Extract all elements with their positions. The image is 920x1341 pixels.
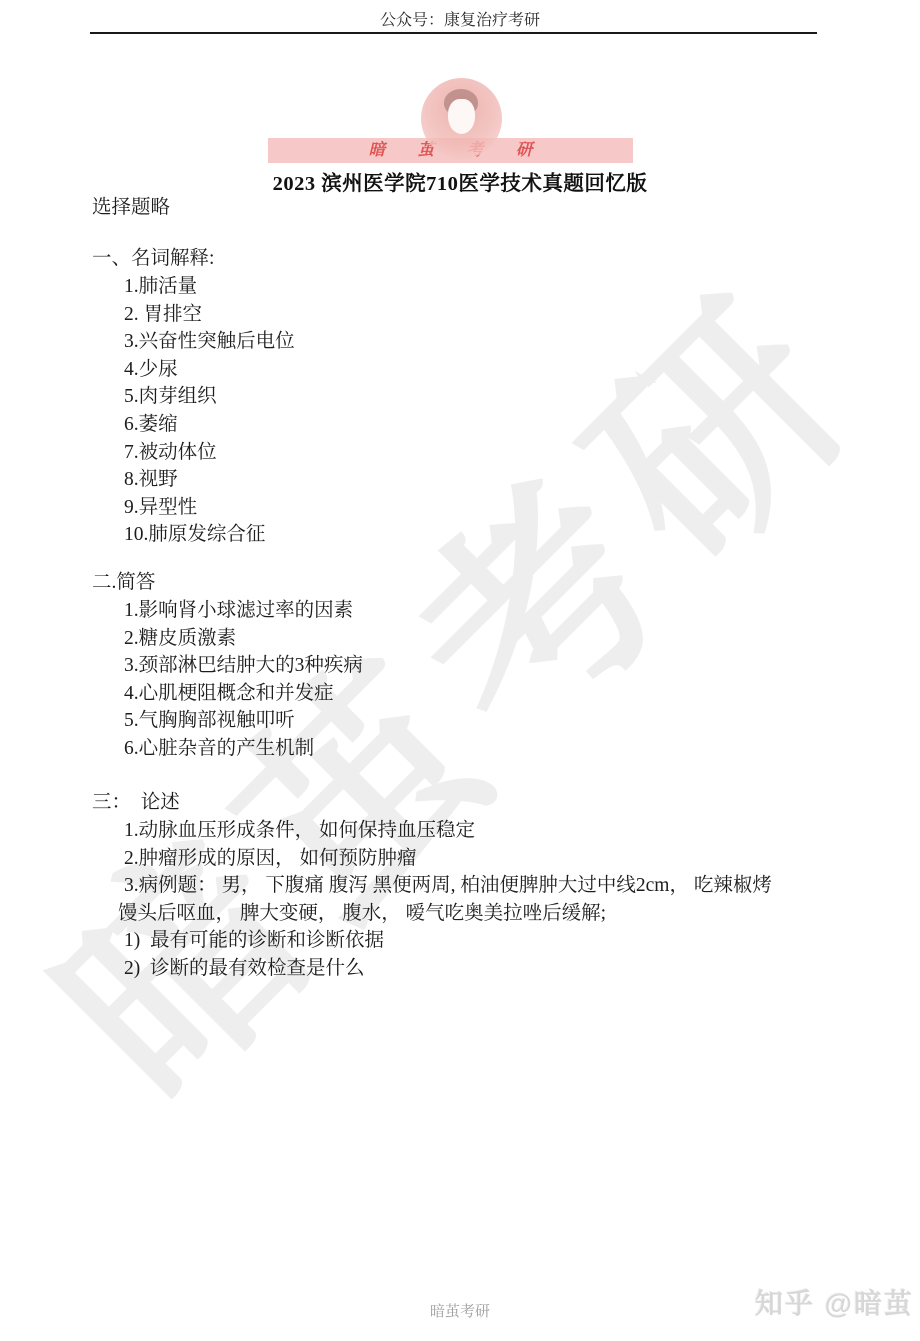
list-item: 9.异型性 xyxy=(124,494,295,522)
list-item: 6.萎缩 xyxy=(124,411,295,439)
list-item: 1.肺活量 xyxy=(124,273,295,301)
list-item: 2.糖皮质激素 xyxy=(124,625,363,653)
list-item: 3.病例题： 男， 下腹痛 腹泻 黑便两周, 柏油便脾肿大过中线2cm， 吃辣椒… xyxy=(124,872,772,900)
list-item: 6.心脏杂音的产生机制 xyxy=(124,735,363,763)
document-page: 暗茧考研 公众号：康复治疗考研 暗 茧 考 研 2023 滨州医学院710医学技… xyxy=(0,0,920,1341)
list-item: 10.肺原发综合征 xyxy=(124,521,295,549)
list-item: 3.颈部淋巴结肿大的3种疾病 xyxy=(124,652,363,680)
list-item: 1.动脉血压形成条件， 如何保持血压稳定 xyxy=(124,817,772,845)
section-heading-terms: 一、名词解释: xyxy=(92,245,214,273)
list-item: 2.肿瘤形成的原因， 如何预防肿瘤 xyxy=(124,845,772,873)
list-item: 4.少尿 xyxy=(124,356,295,384)
header-rule xyxy=(90,32,817,34)
section-heading-essay: 三： 论述 xyxy=(92,789,180,817)
section-heading-short-answer: 二.简答 xyxy=(92,569,155,597)
list-item: 4.心肌梗阻概念和并发症 xyxy=(124,680,363,708)
list-item: 8.视野 xyxy=(124,466,295,494)
wechat-account-label: 公众号：康复治疗考研 xyxy=(0,7,920,30)
zhihu-watermark: 知乎 @暗茧 xyxy=(755,1282,914,1322)
list-item: 5.气胸胸部视触叩听 xyxy=(124,707,363,735)
list-subitem: 2) 诊断的最有效检查是什么 xyxy=(124,955,772,983)
list-item: 3.兴奋性突触后电位 xyxy=(124,328,295,356)
essay-list: 1.动脉血压形成条件， 如何保持血压稳定 2.肿瘤形成的原因， 如何预防肿瘤 3… xyxy=(124,817,772,983)
avatar-face-shape xyxy=(448,99,475,134)
list-item: 2. 胃排空 xyxy=(124,301,295,329)
list-item: 1.影响肾小球滤过率的因素 xyxy=(124,597,363,625)
doc-title: 2023 滨州医学院710医学技术真题回忆版 xyxy=(0,166,920,196)
short-answer-list: 1.影响肾小球滤过率的因素 2.糖皮质激素 3.颈部淋巴结肿大的3种疾病 4.心… xyxy=(124,597,363,763)
note-choice-questions-omitted: 选择题略 xyxy=(92,194,170,222)
list-subitem: 1) 最有可能的诊断和诊断依据 xyxy=(124,927,772,955)
list-item-continuation: 馒头后呕血， 脾大变硬， 腹水， 嗳气吃奥美拉唑后缓解; xyxy=(118,900,772,928)
brand-avatar-icon xyxy=(421,78,502,159)
list-item: 5.肉芽组织 xyxy=(124,383,295,411)
list-item: 7.被动体位 xyxy=(124,439,295,467)
terms-list: 1.肺活量 2. 胃排空 3.兴奋性突触后电位 4.少尿 5.肉芽组织 6.萎缩… xyxy=(124,273,295,549)
